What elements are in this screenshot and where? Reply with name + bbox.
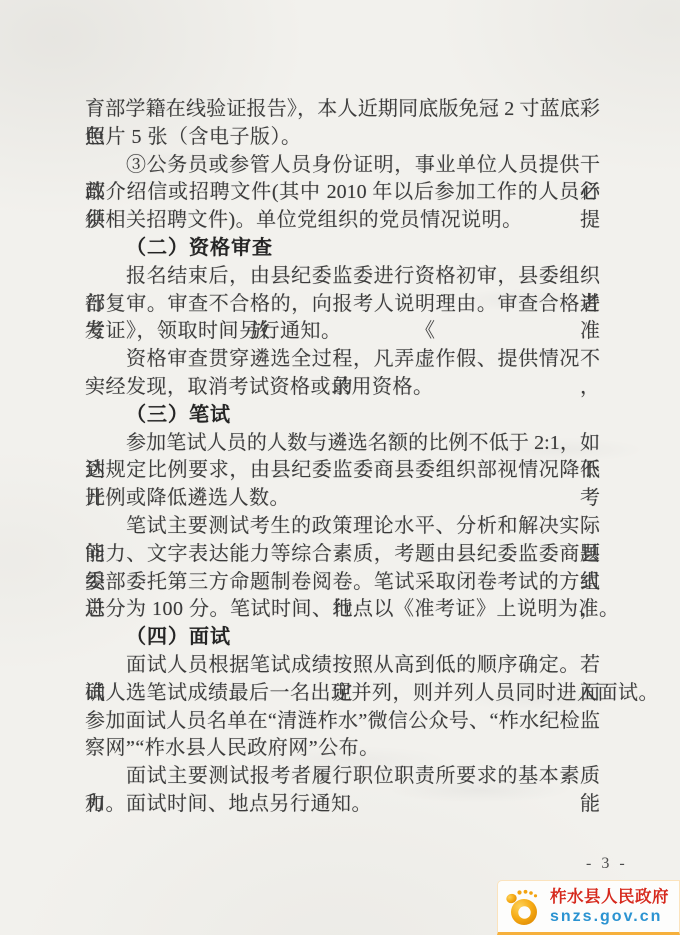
government-org-name: 柞水县人民政府 xyxy=(550,888,669,907)
footprint-icon xyxy=(502,886,544,928)
text-line: 参加面试人员名单在“清涟柞水”微信公众号、“柞水纪检监 xyxy=(85,708,600,736)
section-heading: （三）笔试 xyxy=(85,402,600,430)
text-line: 察网”“柞水县人民政府网”公布。 xyxy=(85,735,600,763)
text-line: 照片 5 张（含电子版）。 xyxy=(85,124,600,152)
text-line: 面试主要测试报考者履行职位职责所要求的基本素质和能 xyxy=(85,763,600,791)
section-heading: （四）面试 xyxy=(85,624,600,652)
watermark-text: 柞水县人民政府 snzs.gov.cn xyxy=(550,888,669,926)
text-line: 行复审。审查不合格的，向报考人说明理由。审查合格者发放《准 xyxy=(85,291,600,319)
text-line: 笔试主要测试考生的政策理论水平、分析和解决实际问题 xyxy=(85,513,600,541)
text-line: ③公务员或参管人员身份证明，事业单位人员提供干部行 xyxy=(85,152,600,180)
text-line: 到规定比例要求，由县纪委监委商县委组织部视情况降低开考 xyxy=(85,457,600,485)
text-line: 参加笔试人员的人数与遴选名额的比例不低于 2:1，如达不 xyxy=(85,430,600,458)
page-number: - 3 - xyxy=(586,855,666,873)
government-site-url: snzs.gov.cn xyxy=(550,907,669,926)
text-line: 织部委托第三方命题制卷阅卷。笔试采取闭卷考试的方式进行， xyxy=(85,569,600,597)
text-line: 政介绍信或招聘文件(其中 2010 年以后参加工作的人员必须提 xyxy=(85,179,600,207)
text-line: 能力、文字表达能力等综合素质，考题由县纪委监委商县委组 xyxy=(85,541,600,569)
text-line: 试人选笔试成绩最后一名出现并列，则并列人员同时进入面试。 xyxy=(85,680,600,708)
text-line: 资格审查贯穿遴选全过程，凡弄虚作假、提供情况不实的， xyxy=(85,346,600,374)
text-line: 报名结束后，由县纪委监委进行资格初审，县委组织部进 xyxy=(85,263,600,291)
text-line: 育部学籍在线验证报告》，本人近期同底版免冠 2 寸蓝底彩色 xyxy=(85,96,600,124)
document-body: 育部学籍在线验证报告》，本人近期同底版免冠 2 寸蓝底彩色照片 5 张（含电子版… xyxy=(85,96,600,819)
text-line: 供相关招聘文件)。单位党组织的党员情况说明。 xyxy=(85,207,600,235)
text-line: 总分为 100 分。笔试时间、地点以《准考证》上说明为准。 xyxy=(85,596,600,624)
site-watermark: 柞水县人民政府 snzs.gov.cn xyxy=(497,880,680,935)
text-line: 面试人员根据笔试成绩按照从高到低的顺序确定。若确定面 xyxy=(85,652,600,680)
section-heading: （二）资格审查 xyxy=(85,235,600,263)
document-page: 育部学籍在线验证报告》，本人近期同底版免冠 2 寸蓝底彩色照片 5 张（含电子版… xyxy=(0,0,680,935)
